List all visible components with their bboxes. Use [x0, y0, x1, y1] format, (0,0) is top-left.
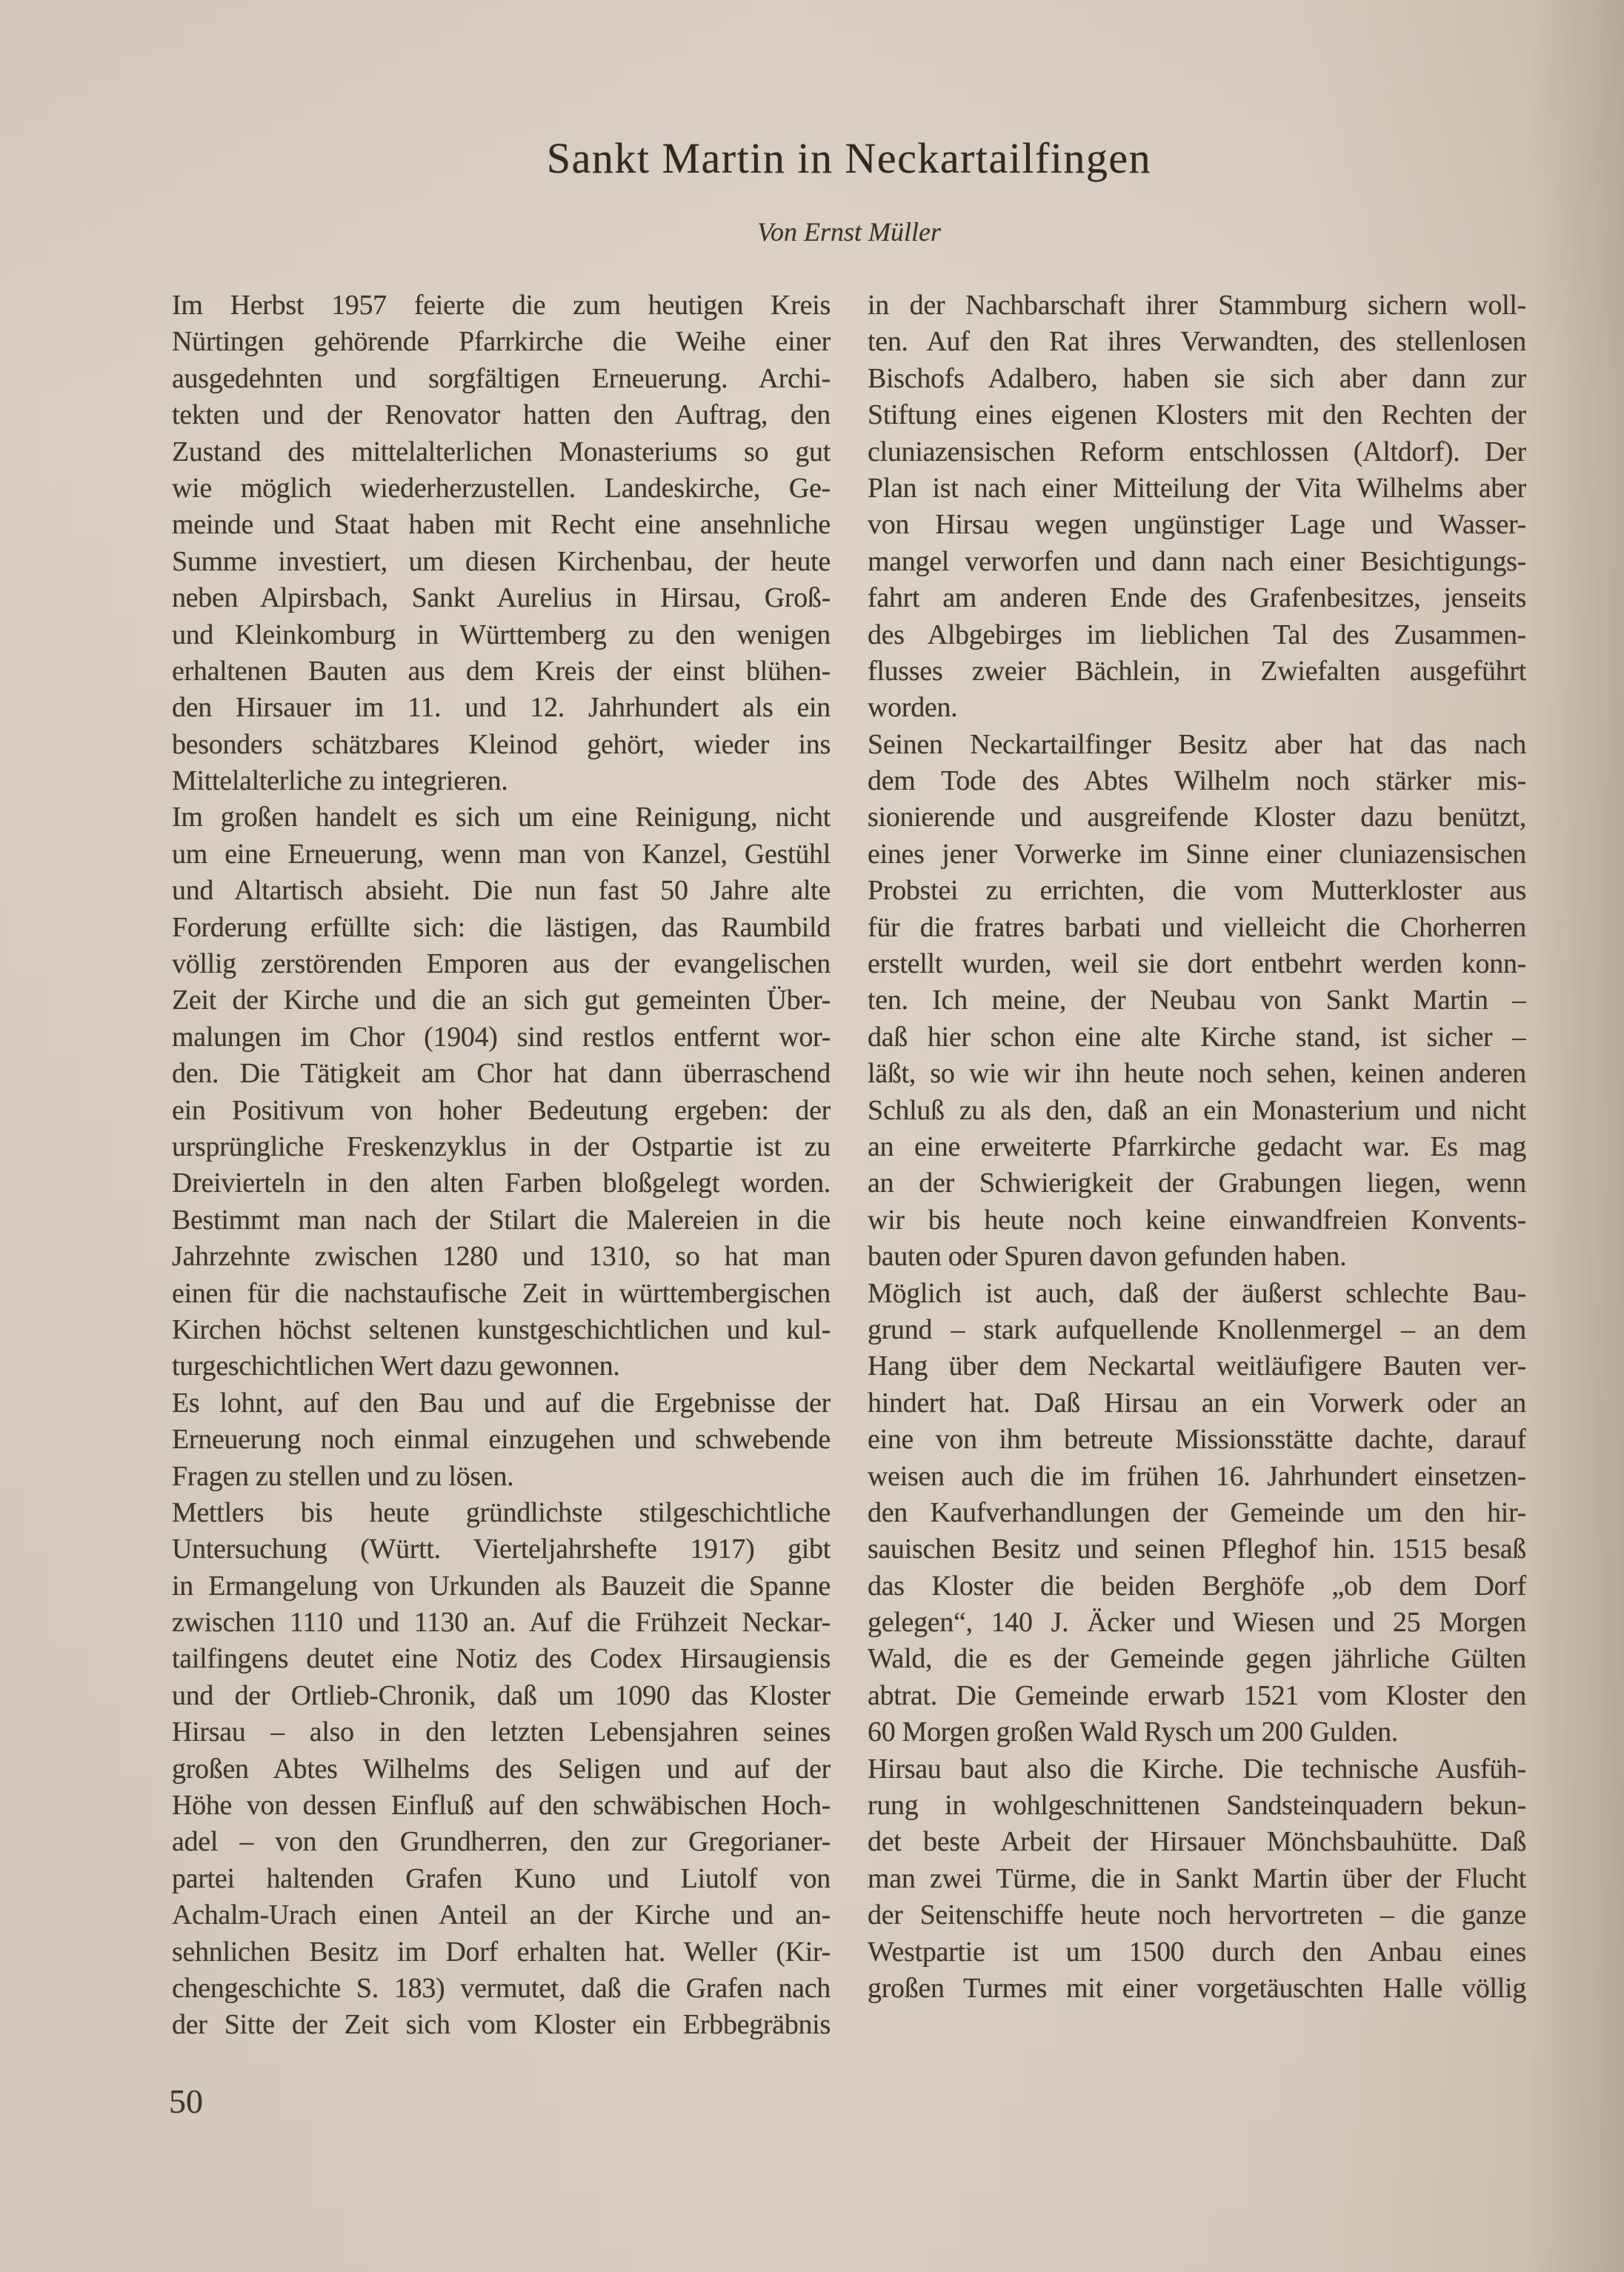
text-line: Plan ist nach einer Mitteilung der Vita … — [868, 470, 1526, 507]
text-line: der Sitte der Zeit sich vom Kloster ein … — [172, 2007, 831, 2043]
text-line: Wald, die es der Gemeinde gegen jährlich… — [868, 1641, 1526, 1677]
text-line: Im großen handelt es sich um eine Reinig… — [172, 799, 831, 836]
text-line: hindert hat. Daß Hirsau an ein Vorwerk o… — [868, 1385, 1526, 1422]
left-column: Im Herbst 1957 feierte die zum heutigen … — [172, 287, 831, 2044]
text-line: ten. Ich meine, der Neubau von Sankt Mar… — [868, 982, 1526, 1019]
text-line: Im Herbst 1957 feierte die zum heutigen … — [172, 287, 831, 324]
text-line: besonders schätzbares Kleinod gehört, wi… — [172, 727, 831, 763]
text-line: für die fratres barbati und vielleicht d… — [868, 910, 1526, 946]
text-line: das Kloster die beiden Berghöfe „ob dem … — [868, 1568, 1526, 1605]
text-line: bauten oder Spuren davon gefunden haben. — [868, 1239, 1526, 1275]
text-line: läßt, so wie wir ihn heute noch sehen, k… — [868, 1056, 1526, 1092]
text-line: völlig zerstörenden Emporen aus der evan… — [172, 946, 831, 982]
text-line: Zustand des mittelalterlichen Monasteriu… — [172, 434, 831, 470]
text-line: daß hier schon eine alte Kirche stand, i… — [868, 1019, 1526, 1056]
text-line: einen für die nachstaufische Zeit in wür… — [172, 1276, 831, 1312]
text-line: worden. — [868, 690, 1526, 726]
text-line: grund – stark aufquellende Knollenmergel… — [868, 1312, 1526, 1348]
text-line: Erneuerung noch einmal einzugehen und sc… — [172, 1422, 831, 1458]
right-column: in der Nachbarschaft ihrer Stammburg sic… — [868, 287, 1526, 2044]
text-line: partei haltenden Grafen Kuno und Liutolf… — [172, 1861, 831, 1897]
text-line: den Kaufverhandlungen der Gemeinde um de… — [868, 1495, 1526, 1531]
text-line: cluniazensischen Reform entschlossen (Al… — [868, 434, 1526, 470]
text-line: zwischen 1110 und 1130 an. Auf die Frühz… — [172, 1605, 831, 1641]
page-number: 50 — [169, 2082, 203, 2121]
text-line: Westpartie ist um 1500 durch den Anbau e… — [868, 1934, 1526, 1970]
text-line: tekten und der Renovator hatten den Auft… — [172, 397, 831, 433]
text-line: Hirsau – also in den letzten Lebensjahre… — [172, 1714, 831, 1750]
text-line: erstellt wurden, weil sie dort entbehrt … — [868, 946, 1526, 982]
text-line: eines jener Vorwerke im Sinne einer clun… — [868, 836, 1526, 873]
text-line: ursprüngliche Freskenzyklus in der Ostpa… — [172, 1129, 831, 1165]
text-line: det beste Arbeit der Hirsauer Mönchsbauh… — [868, 1824, 1526, 1860]
text-line: Bischofs Adalbero, haben sie sich aber d… — [868, 361, 1526, 397]
text-line: sionierende und ausgreifende Kloster daz… — [868, 799, 1526, 836]
text-line: und Kleinkomburg in Württemberg zu den w… — [172, 617, 831, 653]
text-line: malungen im Chor (1904) sind restlos ent… — [172, 1019, 831, 1056]
text-line: und Altartisch absieht. Die nun fast 50 … — [172, 873, 831, 909]
article-byline: Von Ernst Müller — [172, 216, 1526, 247]
text-line: turgeschichtlichen Wert dazu gewonnen. — [172, 1348, 831, 1385]
text-line: großen Abtes Wilhelms des Seligen und au… — [172, 1751, 831, 1788]
text-line: und der Ortlieb-Chronik, daß um 1090 das… — [172, 1678, 831, 1714]
text-line: rung in wohlgeschnittenen Sandsteinquade… — [868, 1788, 1526, 1824]
article-title: Sankt Martin in Neckartailfingen — [172, 133, 1526, 183]
text-line: abtrat. Die Gemeinde erwarb 1521 vom Klo… — [868, 1678, 1526, 1714]
text-line: sehnlichen Besitz im Dorf erhalten hat. … — [172, 1934, 831, 1970]
text-line: an der Schwierigkeit der Grabungen liege… — [868, 1165, 1526, 1202]
text-line: erhaltenen Bauten aus dem Kreis der eins… — [172, 653, 831, 690]
text-line: meinde und Staat haben mit Recht eine an… — [172, 507, 831, 543]
text-line: von Hirsau wegen ungünstiger Lage und Wa… — [868, 507, 1526, 543]
text-line: Probstei zu errichten, die vom Mutterklo… — [868, 873, 1526, 909]
text-line: tailfingens deutet eine Notiz des Codex … — [172, 1641, 831, 1677]
text-line: Möglich ist auch, daß der äußerst schlec… — [868, 1276, 1526, 1312]
text-line: Hang über dem Neckartal weitläufigere Ba… — [868, 1348, 1526, 1385]
text-line: wir bis heute noch keine einwandfreien K… — [868, 1202, 1526, 1239]
text-line: wie möglich wiederherzustellen. Landeski… — [172, 470, 831, 507]
text-line: Forderung erfüllte sich: die lästigen, d… — [172, 910, 831, 946]
text-line: 60 Morgen großen Wald Rysch um 200 Gulde… — [868, 1714, 1526, 1750]
text-line: Dreivierteln in den alten Farben bloßgel… — [172, 1165, 831, 1202]
text-line: den. Die Tätigkeit am Chor hat dann über… — [172, 1056, 831, 1092]
text-line: Schluß zu als den, daß an ein Monasteriu… — [868, 1093, 1526, 1129]
text-line: in der Nachbarschaft ihrer Stammburg sic… — [868, 287, 1526, 324]
text-line: ten. Auf den Rat ihres Verwandten, des s… — [868, 324, 1526, 360]
text-line: neben Alpirsbach, Sankt Aurelius in Hirs… — [172, 580, 831, 616]
text-line: Nürtingen gehörende Pfarrkirche die Weih… — [172, 324, 831, 360]
text-line: Es lohnt, auf den Bau und auf die Ergebn… — [172, 1385, 831, 1422]
text-line: gelegen“, 140 J. Äcker und Wiesen und 25… — [868, 1605, 1526, 1641]
text-line: Jahrzehnte zwischen 1280 und 1310, so ha… — [172, 1239, 831, 1275]
text-line: Fragen zu stellen und zu lösen. — [172, 1459, 831, 1495]
text-line: Höhe von dessen Einfluß auf den schwäbis… — [172, 1788, 831, 1824]
text-line: adel – von den Grundherren, den zur Greg… — [172, 1824, 831, 1860]
text-line: großen Turmes mit einer vorgetäuschten H… — [868, 1970, 1526, 2007]
text-line: Zeit der Kirche und die an sich gut geme… — [172, 982, 831, 1019]
text-line: ausgedehnten und sorgfältigen Erneuerung… — [172, 361, 831, 397]
text-line: chengeschichte S. 183) vermutet, daß die… — [172, 1970, 831, 2007]
text-line: Untersuchung (Württ. Vierteljahrshefte 1… — [172, 1531, 831, 1568]
text-line: flusses zweier Bächlein, in Zwiefalten a… — [868, 653, 1526, 690]
text-line: eine von ihm betreute Missionsstätte dac… — [868, 1422, 1526, 1458]
text-line: Hirsau baut also die Kirche. Die technis… — [868, 1751, 1526, 1788]
text-line: fahrt am anderen Ende des Grafenbesitzes… — [868, 580, 1526, 616]
text-line: Kirchen höchst seltenen kunstgeschichtli… — [172, 1312, 831, 1348]
text-line: an eine erweiterte Pfarrkirche gedacht w… — [868, 1129, 1526, 1165]
text-line: Stiftung eines eigenen Klosters mit den … — [868, 397, 1526, 433]
text-line: des Albgebirges im lieblichen Tal des Zu… — [868, 617, 1526, 653]
text-line: Mittelalterliche zu integrieren. — [172, 763, 831, 799]
text-columns: Im Herbst 1957 feierte die zum heutigen … — [172, 287, 1526, 2044]
text-line: weisen auch die im frühen 16. Jahrhunder… — [868, 1459, 1526, 1495]
text-line: man zwei Türme, die in Sankt Martin über… — [868, 1861, 1526, 1897]
text-line: Achalm-Urach einen Anteil an der Kirche … — [172, 1897, 831, 1933]
text-line: dem Tode des Abtes Wilhelm noch stärker … — [868, 763, 1526, 799]
text-line: Bestimmt man nach der Stilart die Malere… — [172, 1202, 831, 1239]
text-line: Seinen Neckartailfinger Besitz aber hat … — [868, 727, 1526, 763]
text-line: den Hirsauer im 11. und 12. Jahrhundert … — [172, 690, 831, 726]
text-line: mangel verworfen und dann nach einer Bes… — [868, 544, 1526, 580]
text-line: Summe investiert, um diesen Kirchenbau, … — [172, 544, 831, 580]
text-line: sauischen Besitz und seinen Pfleghof hin… — [868, 1531, 1526, 1568]
text-line: um eine Erneuerung, wenn man von Kanzel,… — [172, 836, 831, 873]
text-line: Mettlers bis heute gründlichste stilgesc… — [172, 1495, 831, 1531]
text-line: ein Positivum von hoher Bedeutung ergebe… — [172, 1093, 831, 1129]
text-line: der Seitenschiffe heute noch hervortrete… — [868, 1897, 1526, 1933]
text-line: in Ermangelung von Urkunden als Bauzeit … — [172, 1568, 831, 1605]
book-page: Sankt Martin in Neckartailfingen Von Ern… — [0, 0, 1624, 2272]
